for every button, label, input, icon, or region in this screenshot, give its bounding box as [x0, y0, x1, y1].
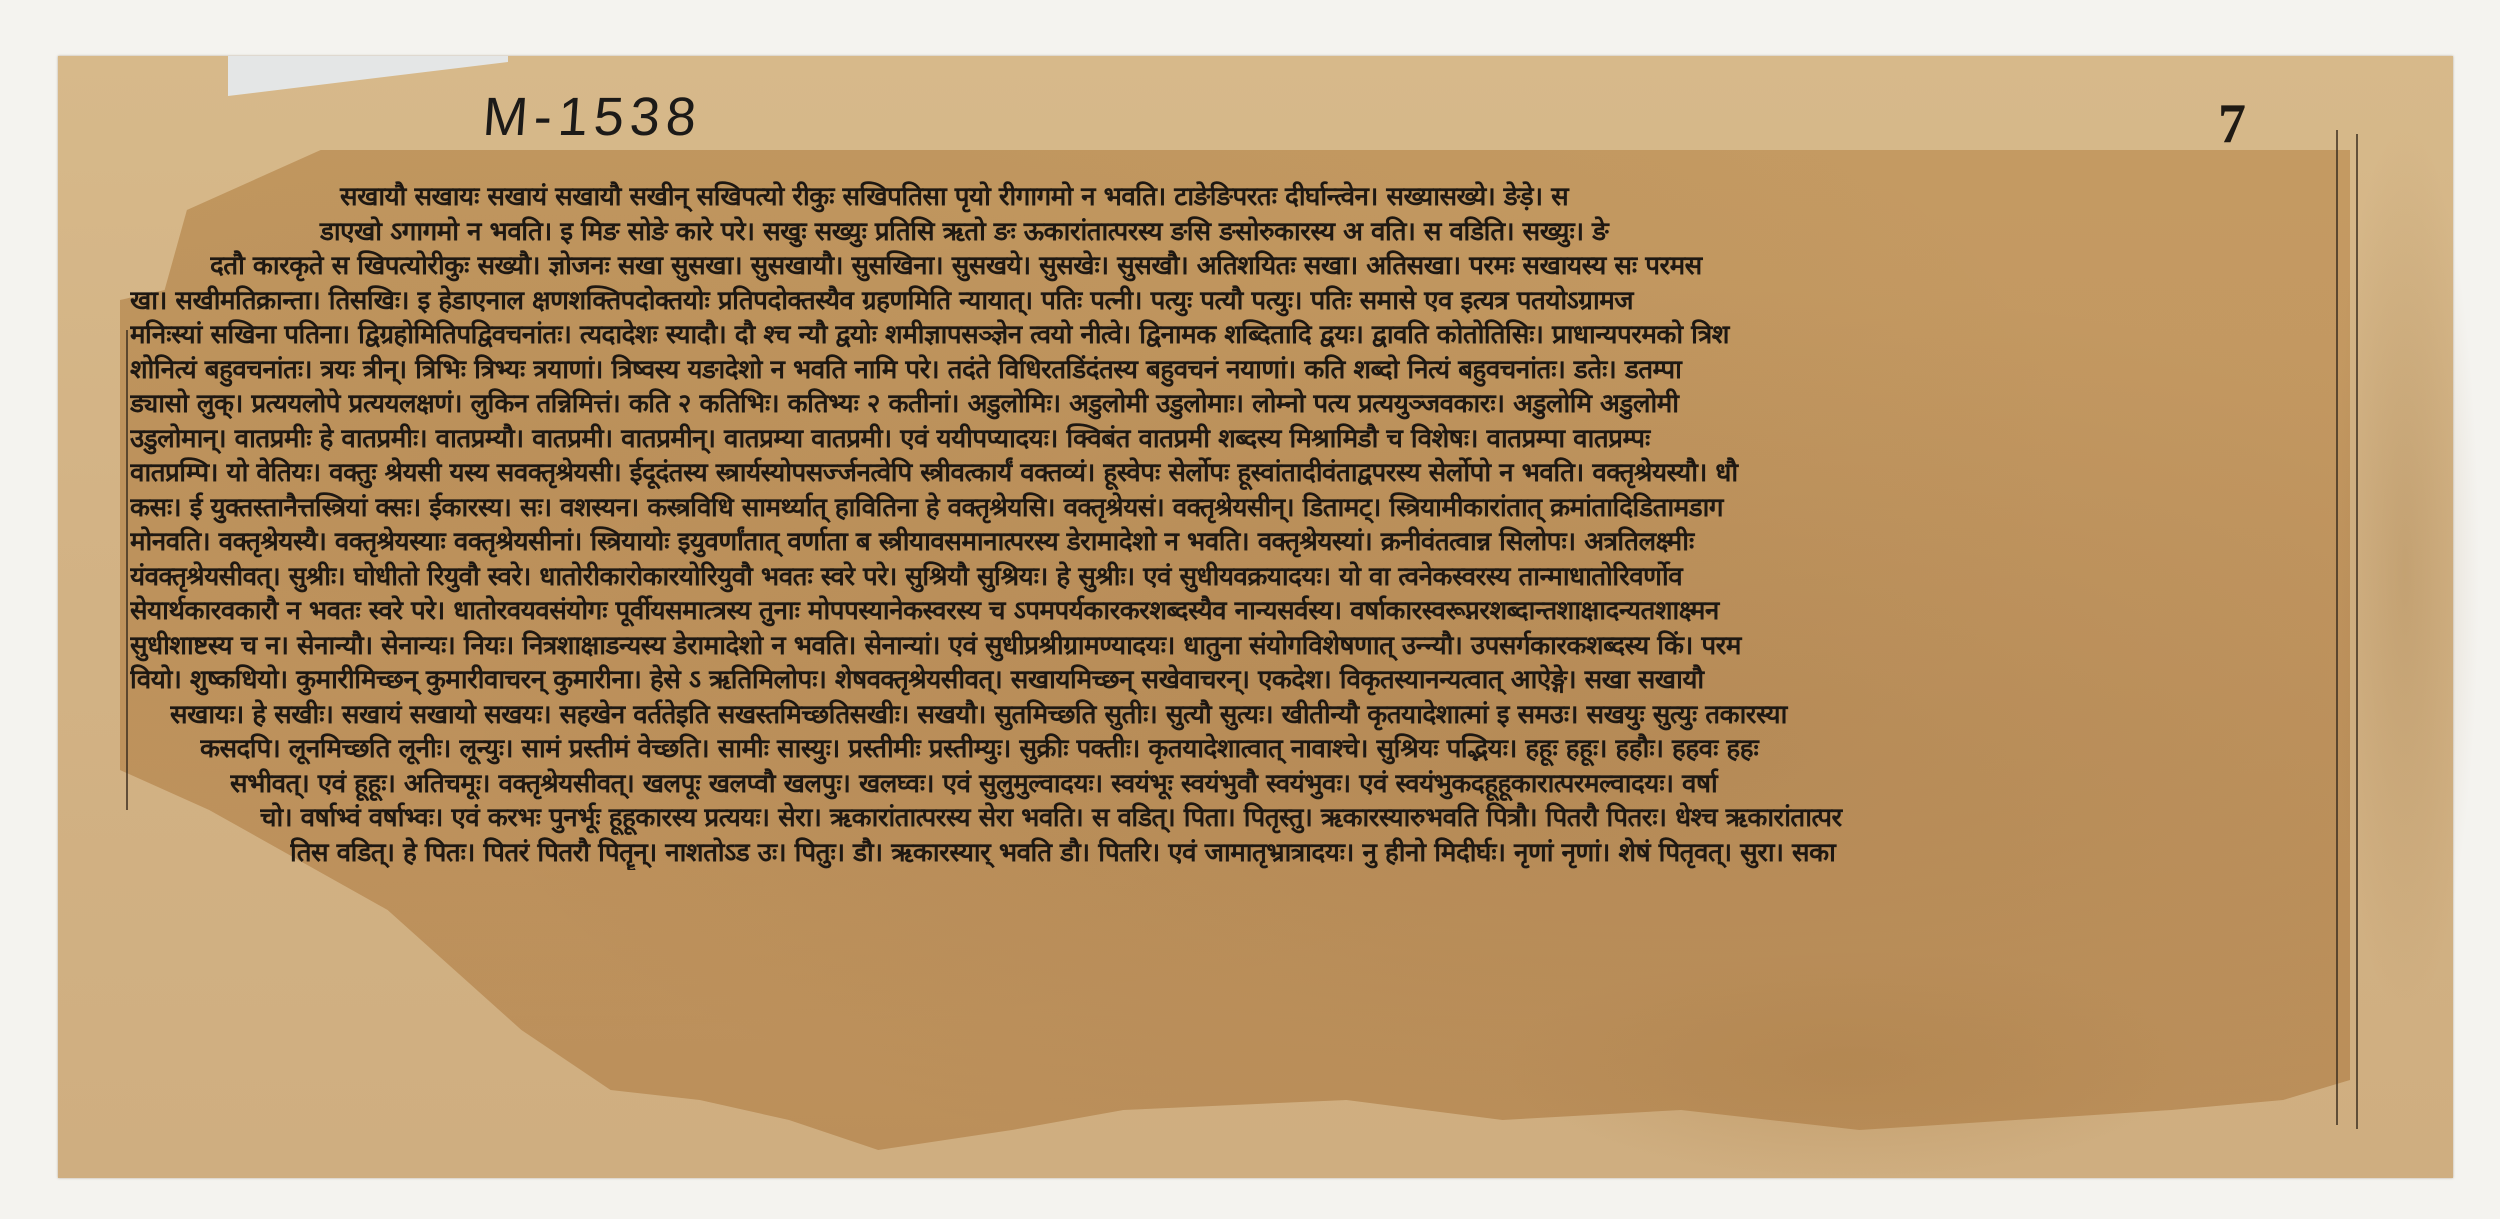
text-line: सखायौ सखायः सखायं सखायौ सखीन् सखिपत्यो र… — [300, 180, 2340, 215]
text-line: डाएखो ऽगागमो न भवति। इ मिङ सोङे कारे परे… — [300, 215, 2340, 250]
text-line: शोनित्यं बहुवचनांतः। त्रयः त्रीन्। त्रिभ… — [130, 353, 2340, 388]
text-line: वियो। शुष्कधियो। कुमारीमिच्छन् कुमारीवाच… — [130, 663, 2340, 698]
text-line: सेयार्थकारवकारौ न भवतः स्वरे परे। धातोरव… — [130, 594, 2340, 629]
manuscript-scan: M-1538 7 सखायौ सखायः सखायं सखायौ सखीन् स… — [0, 0, 2500, 1219]
right-margin-rule-outer — [2356, 134, 2358, 1129]
text-line: खा। सखीमतिक्रान्ता। तिसखिः। इ हेडाएनाल क… — [130, 284, 2340, 319]
text-line: दतौ कारकृते स खिपत्योरीकुः सख्यौ। ज्ञोजन… — [210, 249, 2340, 284]
text-line: सभीवत्। एवं हूहूः। अतिचमूः। वक्तृश्रेयसी… — [230, 767, 2340, 802]
text-line: ड्यासो लुक्। प्रत्ययलोपे प्रत्ययलक्षणं। … — [130, 387, 2340, 422]
text-line: यंवक्तृश्रेयसीवत्। सुश्रीः। घोधीतो रियुव… — [130, 560, 2340, 595]
text-line: सखायः। हे सखीः। सखायं सखायो सखयः। सहखेन … — [170, 698, 2340, 733]
text-line: वातप्रम्पि। यो वेतियः। वक्तुः श्रेयसी यस… — [130, 456, 2340, 491]
text-line: कसदपि। लूनमिच्छति लूनीः। लून्युः। सामं प… — [200, 732, 2340, 767]
text-line: चो। वर्षाभ्वं वर्षाभ्वः। एवं करभः पुनर्भ… — [260, 801, 2340, 836]
text-line: तिस वडित्। हे पितः। पितरं पितरौ पितॄन्। … — [290, 836, 2340, 871]
folio-number: 7 — [2218, 92, 2246, 156]
text-line: मनिःस्यां सखिना पतिना। द्विग्रहोमितिपद्व… — [130, 318, 2340, 353]
manuscript-text: सखायौ सखायः सखायं सखायौ सखीन् सखिपत्यो र… — [300, 180, 2340, 870]
text-line: मोनवति। वक्तृश्रेयस्यै। वक्तृश्रेयस्याः … — [130, 525, 2340, 560]
text-line: सुधीशाष्टस्य च न। सेनान्यौ। सेनान्यः। नि… — [130, 629, 2340, 664]
text-line: उडुलोमान्। वातप्रमीः हे वातप्रमीः। वातप्… — [130, 422, 2340, 457]
text-line: कसः। ई युक्तस्तानैत्तस्त्रियां क्सः। ईका… — [130, 491, 2340, 526]
left-margin-rule — [126, 330, 128, 810]
catalogue-label: M-1538 — [481, 86, 704, 148]
